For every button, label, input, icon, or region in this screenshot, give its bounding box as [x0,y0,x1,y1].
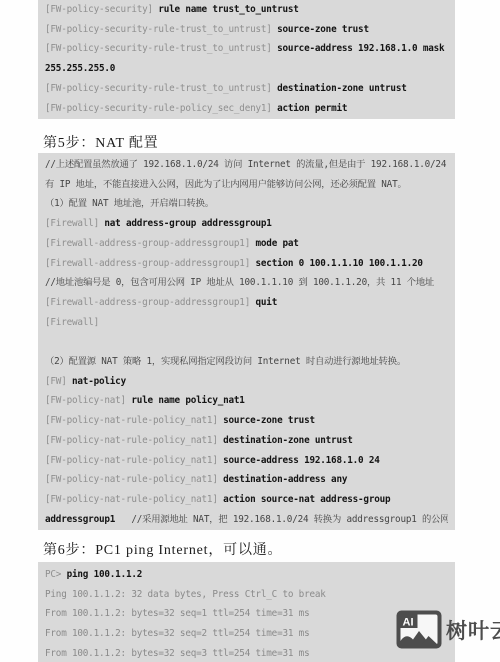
command-text: section 0 100.1.1.10 100.1.1.20 [256,258,423,269]
command-text: rule name trust_to_untrust [158,4,298,15]
command-text: addressgroup1 [45,514,115,525]
code-line: PC> ping 100.1.1.2 [45,565,448,585]
code-line: 有 IP 地址，不能直接进入公网，因此为了让内网用户能够访问公网，还必须配置 N… [45,175,448,195]
command-text: destination-zone untrust [223,435,353,446]
prompt-text: [Firewall-address-group-addressgroup1] [45,258,256,269]
command-text: action permit [277,103,347,114]
command-text: source-address 192.168.1.0 24 [223,455,380,466]
code-line: [FW-policy-nat-rule-policy_nat1] destina… [45,470,448,490]
code-line: From 100.1.1.2: bytes=32 seq=1 ttl=254 t… [45,604,448,624]
output-text: From 100.1.1.2: bytes=32 seq=2 ttl=254 t… [45,628,309,639]
watermark: AI 树叶云 [396,610,500,649]
code-line: [FW-policy-nat-rule-policy_nat1] action … [45,490,448,510]
output-text: Ping 100.1.1.2: 32 data bytes, Press Ctr… [45,589,326,600]
code-line: //地址池编号是 0，包含可用公网 IP 地址从 100.1.1.10 到 10… [45,273,448,293]
code-line [45,332,448,352]
command-text: mode pat [256,238,299,249]
code-block-security-policy: [FW-policy-security] rule name trust_to_… [38,0,455,119]
prompt-text: [FW-policy-nat-rule-policy_nat1] [45,494,223,505]
command-text: action source-nat address-group [223,494,390,505]
prompt-text: [FW] [45,376,72,387]
output-text: From 100.1.1.2: bytes=32 seq=3 ttl=254 t… [45,648,309,659]
prompt-text: [Firewall] [45,218,104,229]
code-line: [FW-policy-security] rule name trust_to_… [45,0,448,20]
prompt-text: [FW-policy-security-rule-trust_to_untrus… [45,43,277,54]
code-line: [Firewall] nat address-group addressgrou… [45,214,448,234]
code-line: [FW-policy-nat-rule-policy_nat1] source-… [45,411,448,431]
watermark-brand-text: 树叶云 [446,615,500,645]
command-text: rule name policy_nat1 [131,395,244,406]
comment-text: （2）配置源 NAT 策略 1，实现私网指定网段访问 Internet 时自动进… [45,356,406,367]
command-text: source-zone trust [277,24,369,35]
prompt-text: PC> [45,569,67,580]
command-text: quit [256,297,278,308]
code-line: 255.255.255.0 [45,59,448,79]
code-line: （1）配置 NAT 地址池，开启端口转换。 [45,194,448,214]
logo-ai-text: AI [403,617,414,629]
prompt-text: [Firewall-address-group-addressgroup1] [45,297,256,308]
step-5-heading: 第5步：NAT 配置 [43,132,158,152]
prompt-text: [FW-policy-security-rule-trust_to_untrus… [45,24,277,35]
prompt-text: [FW-policy-security] [45,4,158,15]
code-line: [Firewall] [45,313,448,333]
code-line: [FW-policy-security-rule-trust_to_untrus… [45,79,448,99]
prompt-text: [FW-policy-nat-rule-policy_nat1] [45,435,223,446]
code-line: //上述配置虽然放通了 192.168.1.0/24 访问 Internet 的… [45,155,448,175]
prompt-text: [Firewall-address-group-addressgroup1] [45,238,256,249]
code-line: [Firewall-address-group-addressgroup1] m… [45,234,448,254]
step-6-heading: 第6步：PC1 ping Internet，可以通。 [43,539,282,559]
comment-text: //上述配置虽然放通了 192.168.1.0/24 访问 Internet 的… [45,159,448,170]
prompt-text: [FW-policy-security-rule-policy_sec_deny… [45,103,277,114]
comment-text: //采用源地址 NAT，把 192.168.1.0/24 转换为 address… [115,514,448,525]
prompt-text: [FW-policy-nat-rule-policy_nat1] [45,415,223,426]
prompt-text: [FW-policy-nat] [45,395,131,406]
code-line: addressgroup1 //采用源地址 NAT，把 192.168.1.0/… [45,510,448,530]
code-line: From 100.1.1.2: bytes=32 seq=2 ttl=254 t… [45,624,448,644]
command-text: destination-address any [223,474,347,485]
comment-text: （1）配置 NAT 地址池，开启端口转换。 [45,198,214,209]
command-text: source-zone trust [223,415,315,426]
code-line: [FW-policy-security-rule-trust_to_untrus… [45,20,448,40]
command-text: 255.255.255.0 [45,63,115,74]
command-text: source-address 192.168.1.0 mask [277,43,444,54]
prompt-text: [FW-policy-nat-rule-policy_nat1] [45,455,223,466]
output-text: From 100.1.1.2: bytes=32 seq=1 ttl=254 t… [45,608,309,619]
code-line: [FW] nat-policy [45,372,448,392]
code-line: [FW-policy-nat-rule-policy_nat1] destina… [45,431,448,451]
code-line: From 100.1.1.2: bytes=32 seq=3 ttl=254 t… [45,644,448,662]
code-line: [FW-policy-security-rule-trust_to_untrus… [45,39,448,59]
code-line: [FW-policy-nat-rule-policy_nat1] source-… [45,451,448,471]
prompt-text: [FW-policy-security-rule-trust_to_untrus… [45,83,277,94]
command-text: nat address-group addressgroup1 [104,218,271,229]
code-line: [Firewall-address-group-addressgroup1] q… [45,293,448,313]
command-text: ping 100.1.1.2 [67,569,143,580]
code-line: [FW-policy-nat] rule name policy_nat1 [45,391,448,411]
code-block-nat-config: //上述配置虽然放通了 192.168.1.0/24 访问 Internet 的… [38,153,455,530]
comment-text: 有 IP 地址，不能直接进入公网，因此为了让内网用户能够访问公网，还必须配置 N… [45,179,407,190]
comment-text: //地址池编号是 0，包含可用公网 IP 地址从 100.1.1.10 到 10… [45,277,434,288]
document-page: [FW-policy-security] rule name trust_to_… [0,0,500,662]
code-line: [FW-policy-security-rule-policy_sec_deny… [45,99,448,119]
code-line: Ping 100.1.1.2: 32 data bytes, Press Ctr… [45,585,448,605]
command-text: destination-zone untrust [277,83,407,94]
prompt-text: [FW-policy-nat-rule-policy_nat1] [45,474,223,485]
code-line: （2）配置源 NAT 策略 1，实现私网指定网段访问 Internet 时自动进… [45,352,448,372]
command-text: nat-policy [72,376,126,387]
code-block-ping-output: PC> ping 100.1.1.2Ping 100.1.1.2: 32 dat… [38,562,455,662]
code-line: [Firewall-address-group-addressgroup1] s… [45,254,448,274]
ai-image-logo-icon: AI [396,610,442,649]
prompt-text: [Firewall] [45,317,99,328]
